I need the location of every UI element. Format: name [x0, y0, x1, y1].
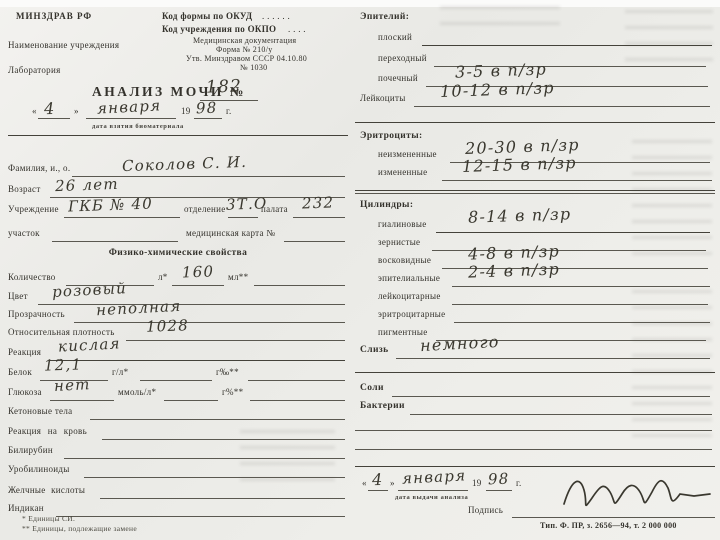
section-divider — [355, 466, 715, 467]
erythrocytes-heading: Эритроциты: — [360, 131, 423, 141]
handwritten-color: розовый — [52, 279, 128, 301]
institution-label: Учреждение — [8, 204, 59, 214]
scan-artifact — [440, 6, 560, 32]
field-line — [90, 419, 345, 420]
handwritten-density: 1028 — [146, 316, 190, 335]
print-run-info: Тип. Ф. ПР, з. 2656—94, т. 2 000 000 — [540, 521, 677, 530]
field-line — [254, 285, 345, 286]
salts-label: Соли — [360, 383, 384, 393]
field-line — [164, 400, 218, 401]
approved-number: № 1030 — [240, 63, 267, 72]
blood-reaction-label: Реакция на кровь — [8, 426, 87, 436]
signature-label: Подпись — [468, 505, 503, 515]
field-line — [102, 439, 345, 440]
open-quote: « — [32, 106, 37, 116]
urobilinoids-label: Уробилиноиды — [8, 464, 70, 474]
scan-edge — [0, 0, 720, 7]
handwritten-cylinders-epithelial: 2-4 в п/зр — [468, 259, 561, 281]
glucose-unit-old: г%** — [222, 387, 243, 397]
cylinders-hyaline-label: гиалиновые — [378, 219, 427, 229]
section-divider — [355, 122, 715, 123]
medical-card-label: медицинская карта № — [186, 228, 275, 238]
field-line — [454, 322, 710, 323]
cylinders-erythrocytic-label: эритроцитарные — [378, 309, 445, 319]
handwritten-glucose: нет — [54, 375, 91, 395]
quantity-unit-si: л* — [158, 272, 168, 282]
handwritten-institution: ГКБ № 40 — [68, 195, 154, 216]
bile-acids-label: Желчные кислоты — [8, 485, 85, 495]
handwritten-transparency: неполная — [96, 297, 182, 319]
sample-date-caption: дата взятия биоматериала — [92, 123, 184, 130]
scan-artifact — [625, 10, 713, 62]
handwritten-cylinders-hyaline: 8-14 в п/зр — [468, 204, 572, 227]
glucose-unit-si: ммоль/л* — [118, 387, 156, 397]
reaction-label: Реакция — [8, 347, 41, 357]
field-line — [398, 490, 468, 491]
handwritten-issue-day: 4 — [372, 470, 384, 489]
field-line — [512, 517, 715, 518]
field-line — [452, 286, 710, 287]
close-quote: » — [74, 106, 79, 116]
field-line — [228, 217, 258, 218]
form-number: Форма № 210/у — [216, 45, 273, 54]
field-line — [250, 400, 345, 401]
handwritten-analysis-number: 182 — [206, 76, 243, 97]
field-line — [452, 304, 708, 305]
field-line — [38, 118, 70, 119]
close-quote: » — [390, 478, 395, 488]
ketones-label: Кетоновые тела — [8, 406, 72, 416]
field-line — [194, 118, 222, 119]
field-line — [414, 106, 710, 107]
signature-scribble — [558, 468, 718, 516]
footnote-si-units: * Единицы СИ. — [22, 514, 75, 523]
field-line — [396, 358, 710, 359]
field-line — [368, 490, 388, 491]
handwritten-sample-year: 98 — [196, 99, 218, 118]
handwritten-protein: 12,1 — [44, 355, 83, 374]
open-quote: « — [362, 478, 367, 488]
protein-unit-old: г‰** — [216, 367, 239, 377]
blank-line — [355, 449, 712, 450]
transparency-label: Прозрачность — [8, 309, 65, 319]
issue-date-caption: дата выдачи анализа — [395, 494, 468, 501]
scan-artifact — [632, 290, 712, 440]
handwritten-reaction: кислая — [58, 334, 122, 355]
ministry-name: МИНЗДРАВ РФ — [16, 11, 92, 21]
year-prefix: 19 — [472, 478, 482, 488]
handwritten-issue-year: 98 — [488, 470, 510, 489]
age-label: Возраст — [8, 184, 41, 194]
okpo-code-label: Код учреждения по ОКПО — [162, 24, 276, 34]
field-line — [436, 232, 710, 233]
handwritten-sample-day: 4 — [44, 99, 56, 118]
field-line — [50, 400, 114, 401]
quantity-label: Количество — [8, 272, 56, 282]
field-line — [392, 396, 710, 397]
handwritten-erythrocytes-changed: 12-15 в п/зр — [462, 153, 577, 176]
approved-by: Утв. Минздравом СССР 04.10.80 — [186, 54, 307, 63]
field-line — [293, 217, 345, 218]
physico-section-heading: Физико-химические свойства — [8, 248, 348, 258]
okud-code-label: Код формы по ОКУД — [162, 11, 252, 21]
cylinders-epithelial-label: эпителиальные — [378, 273, 440, 283]
field-line — [172, 285, 224, 286]
cylinders-leukocytic-label: лейкоцитарные — [378, 291, 441, 301]
epithelium-transitional-label: переходный — [378, 53, 427, 63]
laboratory-label: Лаборатория — [8, 65, 61, 75]
field-line — [100, 498, 345, 499]
field-line — [140, 380, 212, 381]
handwritten-mucus: немного — [420, 332, 500, 355]
okpo-code-dots: . . . . — [288, 24, 306, 34]
handwritten-ward: 232 — [302, 193, 335, 212]
field-line — [442, 180, 712, 181]
footnote-replaced-units: ** Единицы, подлежащие замене — [22, 524, 137, 533]
handwritten-quantity: 160 — [182, 262, 215, 281]
ward-label: палата — [261, 204, 288, 214]
field-line — [64, 458, 345, 459]
institution-name-label: Наименование учреждения — [8, 40, 119, 50]
protein-unit-si: г/л* — [112, 367, 128, 377]
field-line — [56, 516, 345, 517]
field-line — [64, 217, 180, 218]
protein-label: Белок — [8, 367, 32, 377]
area-label: участок — [8, 228, 40, 238]
field-line — [74, 322, 345, 323]
field-line — [422, 45, 712, 46]
cylinders-waxy-label: восковидные — [378, 255, 431, 265]
year-suffix: г. — [516, 478, 522, 488]
field-line — [52, 241, 178, 242]
erythrocytes-unchanged-label: неизмененные — [378, 149, 437, 159]
field-line — [86, 118, 176, 119]
scanned-urine-analysis-form: МИНЗДРАВ РФ Код формы по ОКУД . . . . . … — [0, 0, 720, 540]
blank-line — [355, 430, 712, 431]
year-suffix: г. — [226, 106, 232, 116]
field-line — [84, 477, 345, 478]
field-line — [284, 241, 345, 242]
handwritten-leukocytes: 10-12 в п/зр — [440, 78, 555, 101]
epithelium-flat-label: плоский — [378, 32, 412, 42]
erythrocytes-changed-label: измененные — [378, 167, 427, 177]
handwritten-issue-month: января — [402, 466, 467, 487]
handwritten-age: 26 лет — [55, 175, 119, 195]
section-divider — [355, 372, 715, 373]
okud-code-dots: . . . . . . — [262, 11, 290, 21]
section-divider — [8, 135, 348, 136]
cylinders-granular-label: зернистые — [378, 237, 420, 247]
section-divider — [355, 190, 715, 191]
leukocytes-label: Лейкоциты — [360, 93, 406, 103]
department-label: отделение — [184, 204, 226, 214]
glucose-label: Глюкоза — [8, 387, 42, 397]
bacteria-label: Бактерии — [360, 401, 405, 411]
bilirubin-label: Билирубин — [8, 445, 53, 455]
year-prefix: 19 — [181, 106, 191, 116]
handwritten-sample-month: января — [97, 96, 162, 117]
field-line — [486, 490, 512, 491]
field-line — [50, 360, 345, 361]
quantity-unit-old: мл** — [228, 272, 248, 282]
doc-type: Медицинская документация — [193, 36, 296, 45]
field-line — [248, 380, 345, 381]
indican-label: Индикан — [8, 503, 44, 513]
section-divider — [355, 193, 715, 194]
surname-label: Фамилия, и., о. — [8, 163, 70, 173]
mucus-label: Слизь — [360, 345, 389, 355]
field-line — [126, 340, 345, 341]
handwritten-patient-name: Соколов С. И. — [122, 153, 248, 175]
field-line — [410, 414, 712, 415]
epithelium-renal-label: почечный — [378, 73, 418, 83]
scan-artifact — [632, 140, 712, 265]
epithelium-heading: Эпителий: — [360, 12, 409, 22]
color-label: Цвет — [8, 291, 28, 301]
cylinders-heading: Цилиндры: — [360, 200, 413, 210]
field-line — [38, 304, 345, 305]
